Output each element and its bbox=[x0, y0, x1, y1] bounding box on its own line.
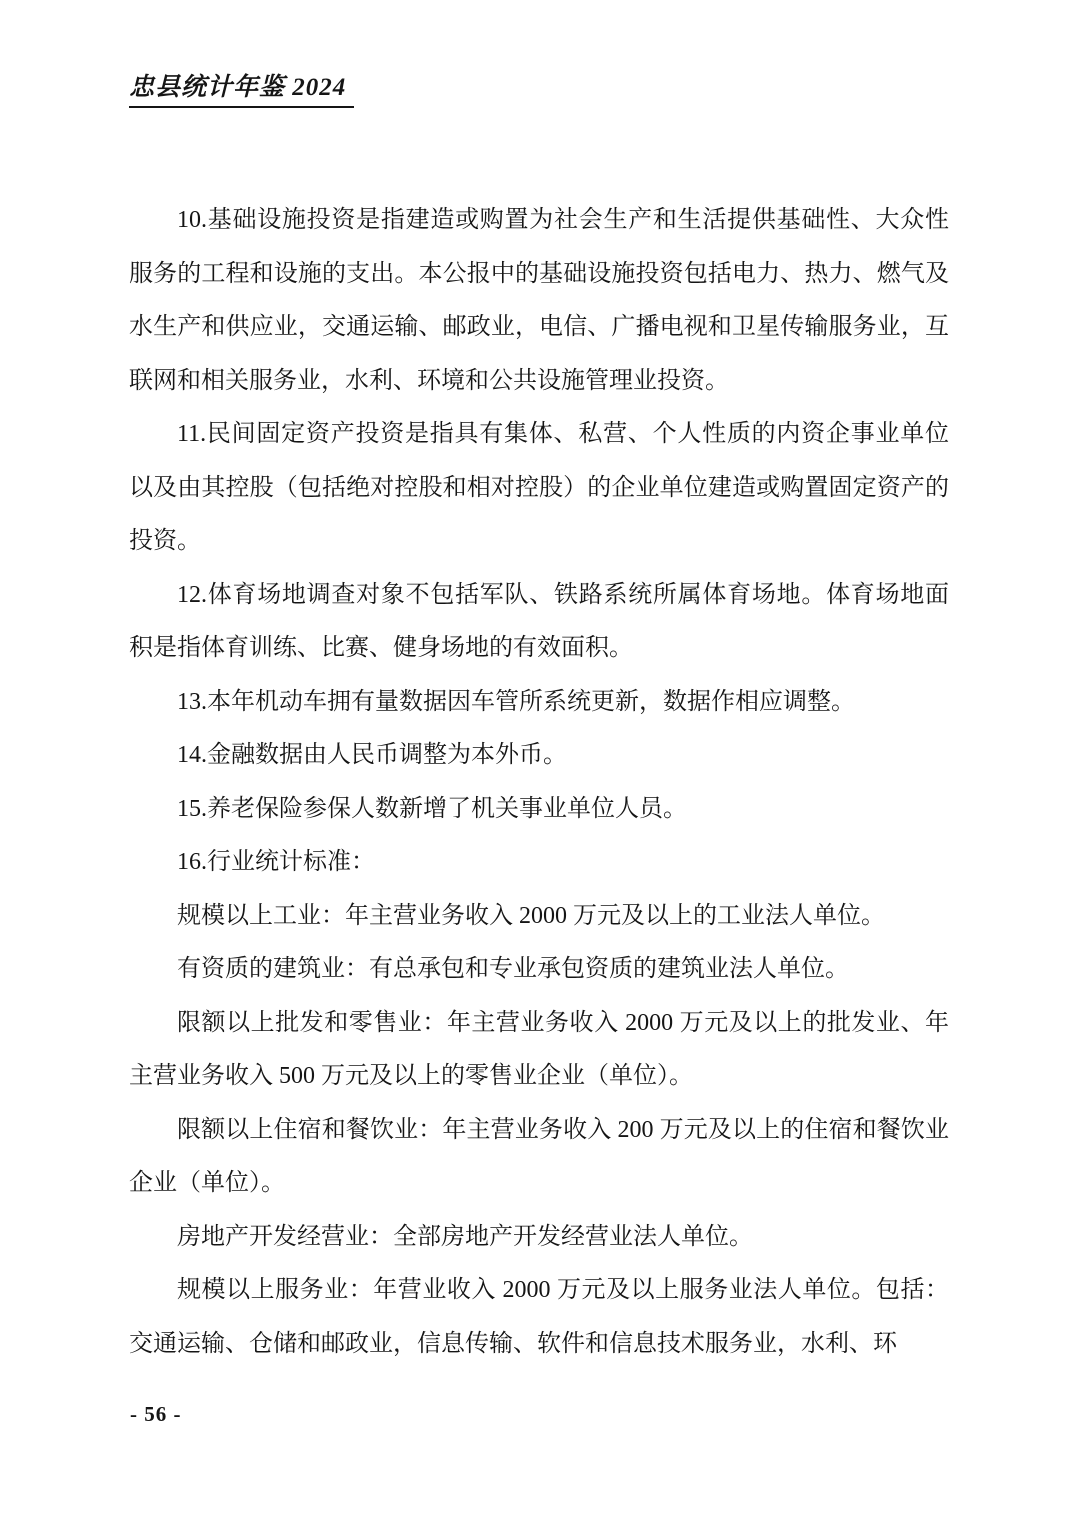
standard-real-estate-paragraph: 房地产开发经营业：全部房地产开发经营业法人单位。 bbox=[129, 1211, 949, 1265]
note-12-paragraph: 12.体育场地调查对象不包括军队、铁路系统所属体育场地。体育场地面积是指体育训练… bbox=[129, 569, 949, 676]
page-header: 忠县统计年鉴 2024 bbox=[129, 74, 354, 108]
note-14-paragraph: 14.金融数据由人民币调整为本外币。 bbox=[129, 729, 949, 783]
note-16-paragraph: 16.行业统计标准： bbox=[129, 836, 949, 890]
yearbook-header-title: 忠县统计年鉴 2024 bbox=[129, 74, 354, 108]
standard-construction-paragraph: 有资质的建筑业：有总承包和专业承包资质的建筑业法人单位。 bbox=[129, 943, 949, 997]
document-body: 10.基础设施投资是指建造或购置为社会生产和生活提供基础性、大众性服务的工程和设… bbox=[129, 194, 949, 1371]
standard-wholesale-retail-paragraph: 限额以上批发和零售业：年主营业务收入 2000 万元及以上的批发业、年主营业务收… bbox=[129, 997, 949, 1104]
note-10-paragraph: 10.基础设施投资是指建造或购置为社会生产和生活提供基础性、大众性服务的工程和设… bbox=[129, 194, 949, 408]
standard-hotel-catering-paragraph: 限额以上住宿和餐饮业：年主营业务收入 200 万元及以上的住宿和餐饮业企业（单位… bbox=[129, 1104, 949, 1211]
page-number: - 56 - bbox=[130, 1402, 182, 1426]
standard-services-paragraph: 规模以上服务业：年营业收入 2000 万元及以上服务业法人单位。包括：交通运输、… bbox=[129, 1264, 949, 1371]
page-footer: - 56 - bbox=[130, 1402, 182, 1427]
note-13-paragraph: 13.本年机动车拥有量数据因车管所系统更新，数据作相应调整。 bbox=[129, 676, 949, 730]
note-15-paragraph: 15.养老保险参保人数新增了机关事业单位人员。 bbox=[129, 783, 949, 837]
note-11-paragraph: 11.民间固定资产投资是指具有集体、私营、个人性质的内资企事业单位以及由其控股（… bbox=[129, 408, 949, 569]
document-page: 忠县统计年鉴 2024 10.基础设施投资是指建造或购置为社会生产和生活提供基础… bbox=[0, 0, 1074, 1520]
standard-industry-paragraph: 规模以上工业：年主营业务收入 2000 万元及以上的工业法人单位。 bbox=[129, 890, 949, 944]
